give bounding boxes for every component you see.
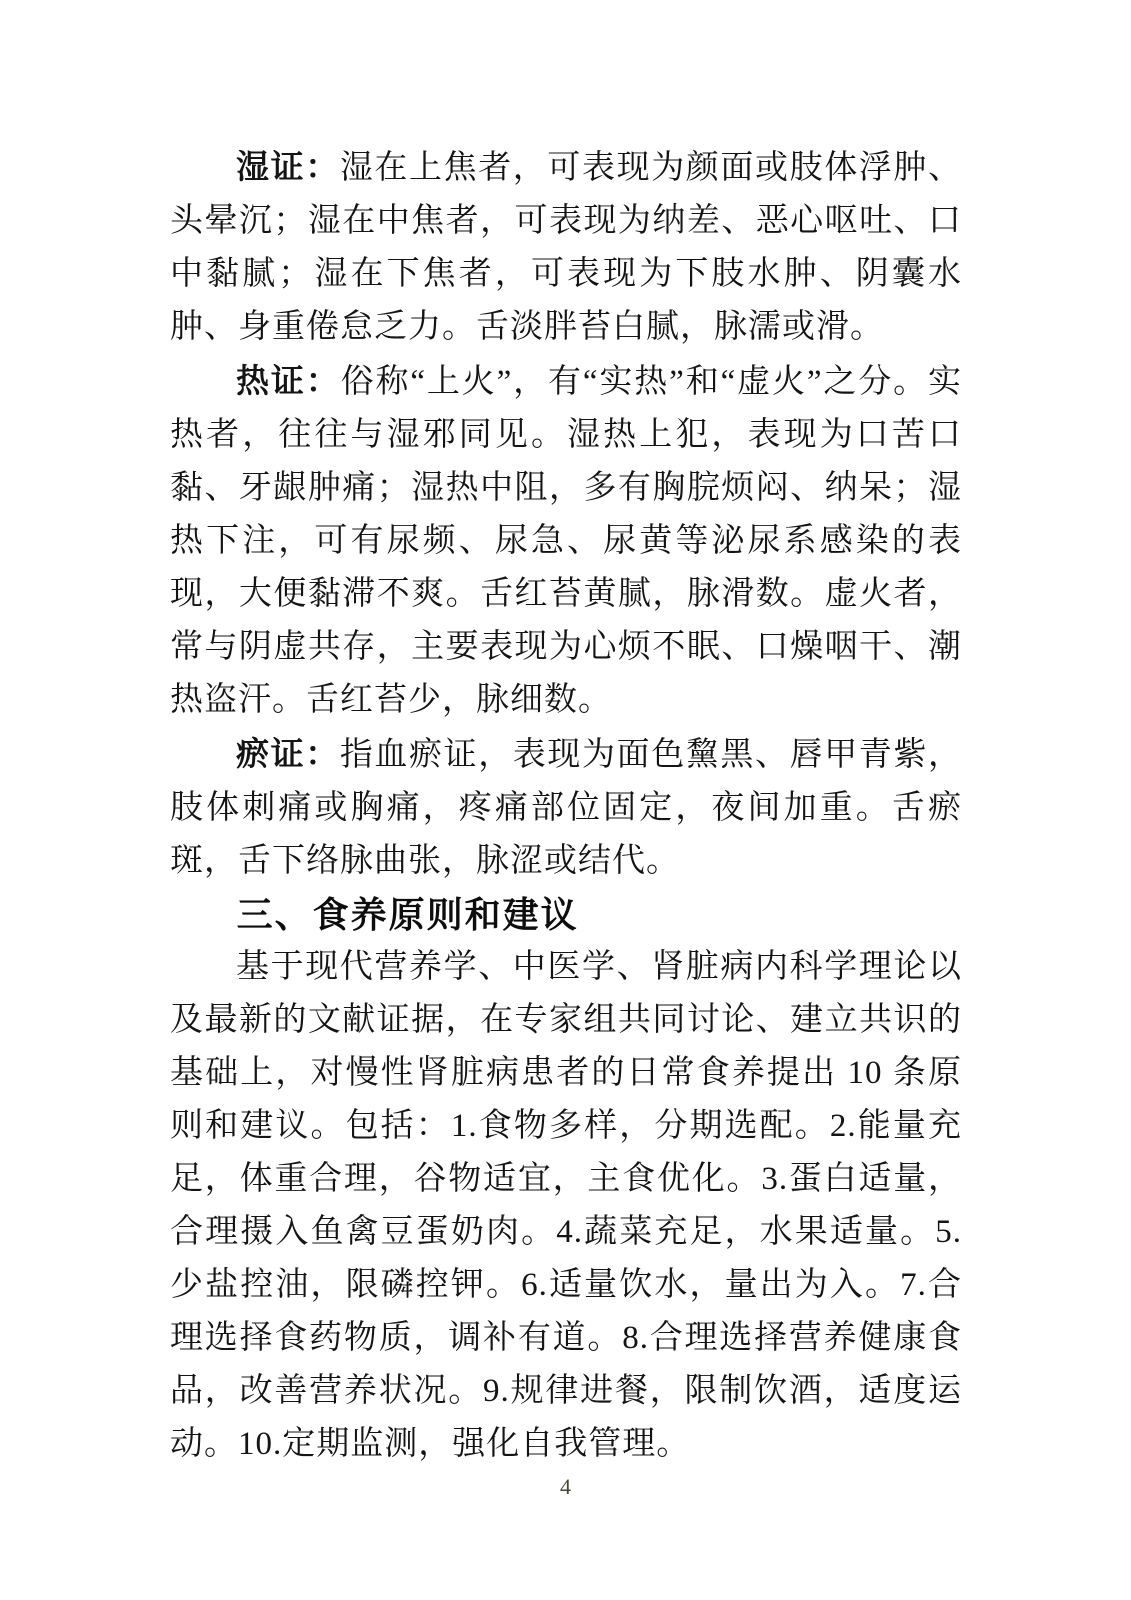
document-text-block: 湿证：湿在上焦者，可表现为颜面或肢体浮肿、头晕沉；湿在中焦者，可表现为纳差、恶心… [170,140,962,1471]
page-number: 4 [0,1472,1131,1502]
paragraph-body-heat-syndrome: 俗称“上火”，有“实热”和“虚火”之分。实热者，往往与湿邪同见。湿热上犯，表现为… [170,364,962,718]
paragraph-heat-syndrome: 热证：俗称“上火”，有“实热”和“虚火”之分。实热者，往往与湿邪同见。湿热上犯，… [170,354,962,727]
paragraph-lead-heat-syndrome: 热证： [236,362,341,399]
paragraph-lead-stasis-syndrome: 瘀证： [236,735,340,772]
paragraph-dietary-principles: 基于现代营养学、中医学、肾脏病内科学理论以及最新的文献证据，在专家组共同讨论、建… [170,941,962,1471]
paragraph-stasis-syndrome: 瘀证：指血瘀证，表现为面色黧黑、唇甲青紫，肢体刺痛或胸痛，疼痛部位固定，夜间加重… [170,727,962,888]
paragraph-lead-damp-syndrome: 湿证： [236,148,340,185]
paragraph-damp-syndrome: 湿证：湿在上焦者，可表现为颜面或肢体浮肿、头晕沉；湿在中焦者，可表现为纳差、恶心… [170,140,962,354]
document-page: 湿证：湿在上焦者，可表现为颜面或肢体浮肿、头晕沉；湿在中焦者，可表现为纳差、恶心… [0,0,1131,1600]
section-heading-dietary-principles: 三、食养原则和建议 [170,888,962,941]
